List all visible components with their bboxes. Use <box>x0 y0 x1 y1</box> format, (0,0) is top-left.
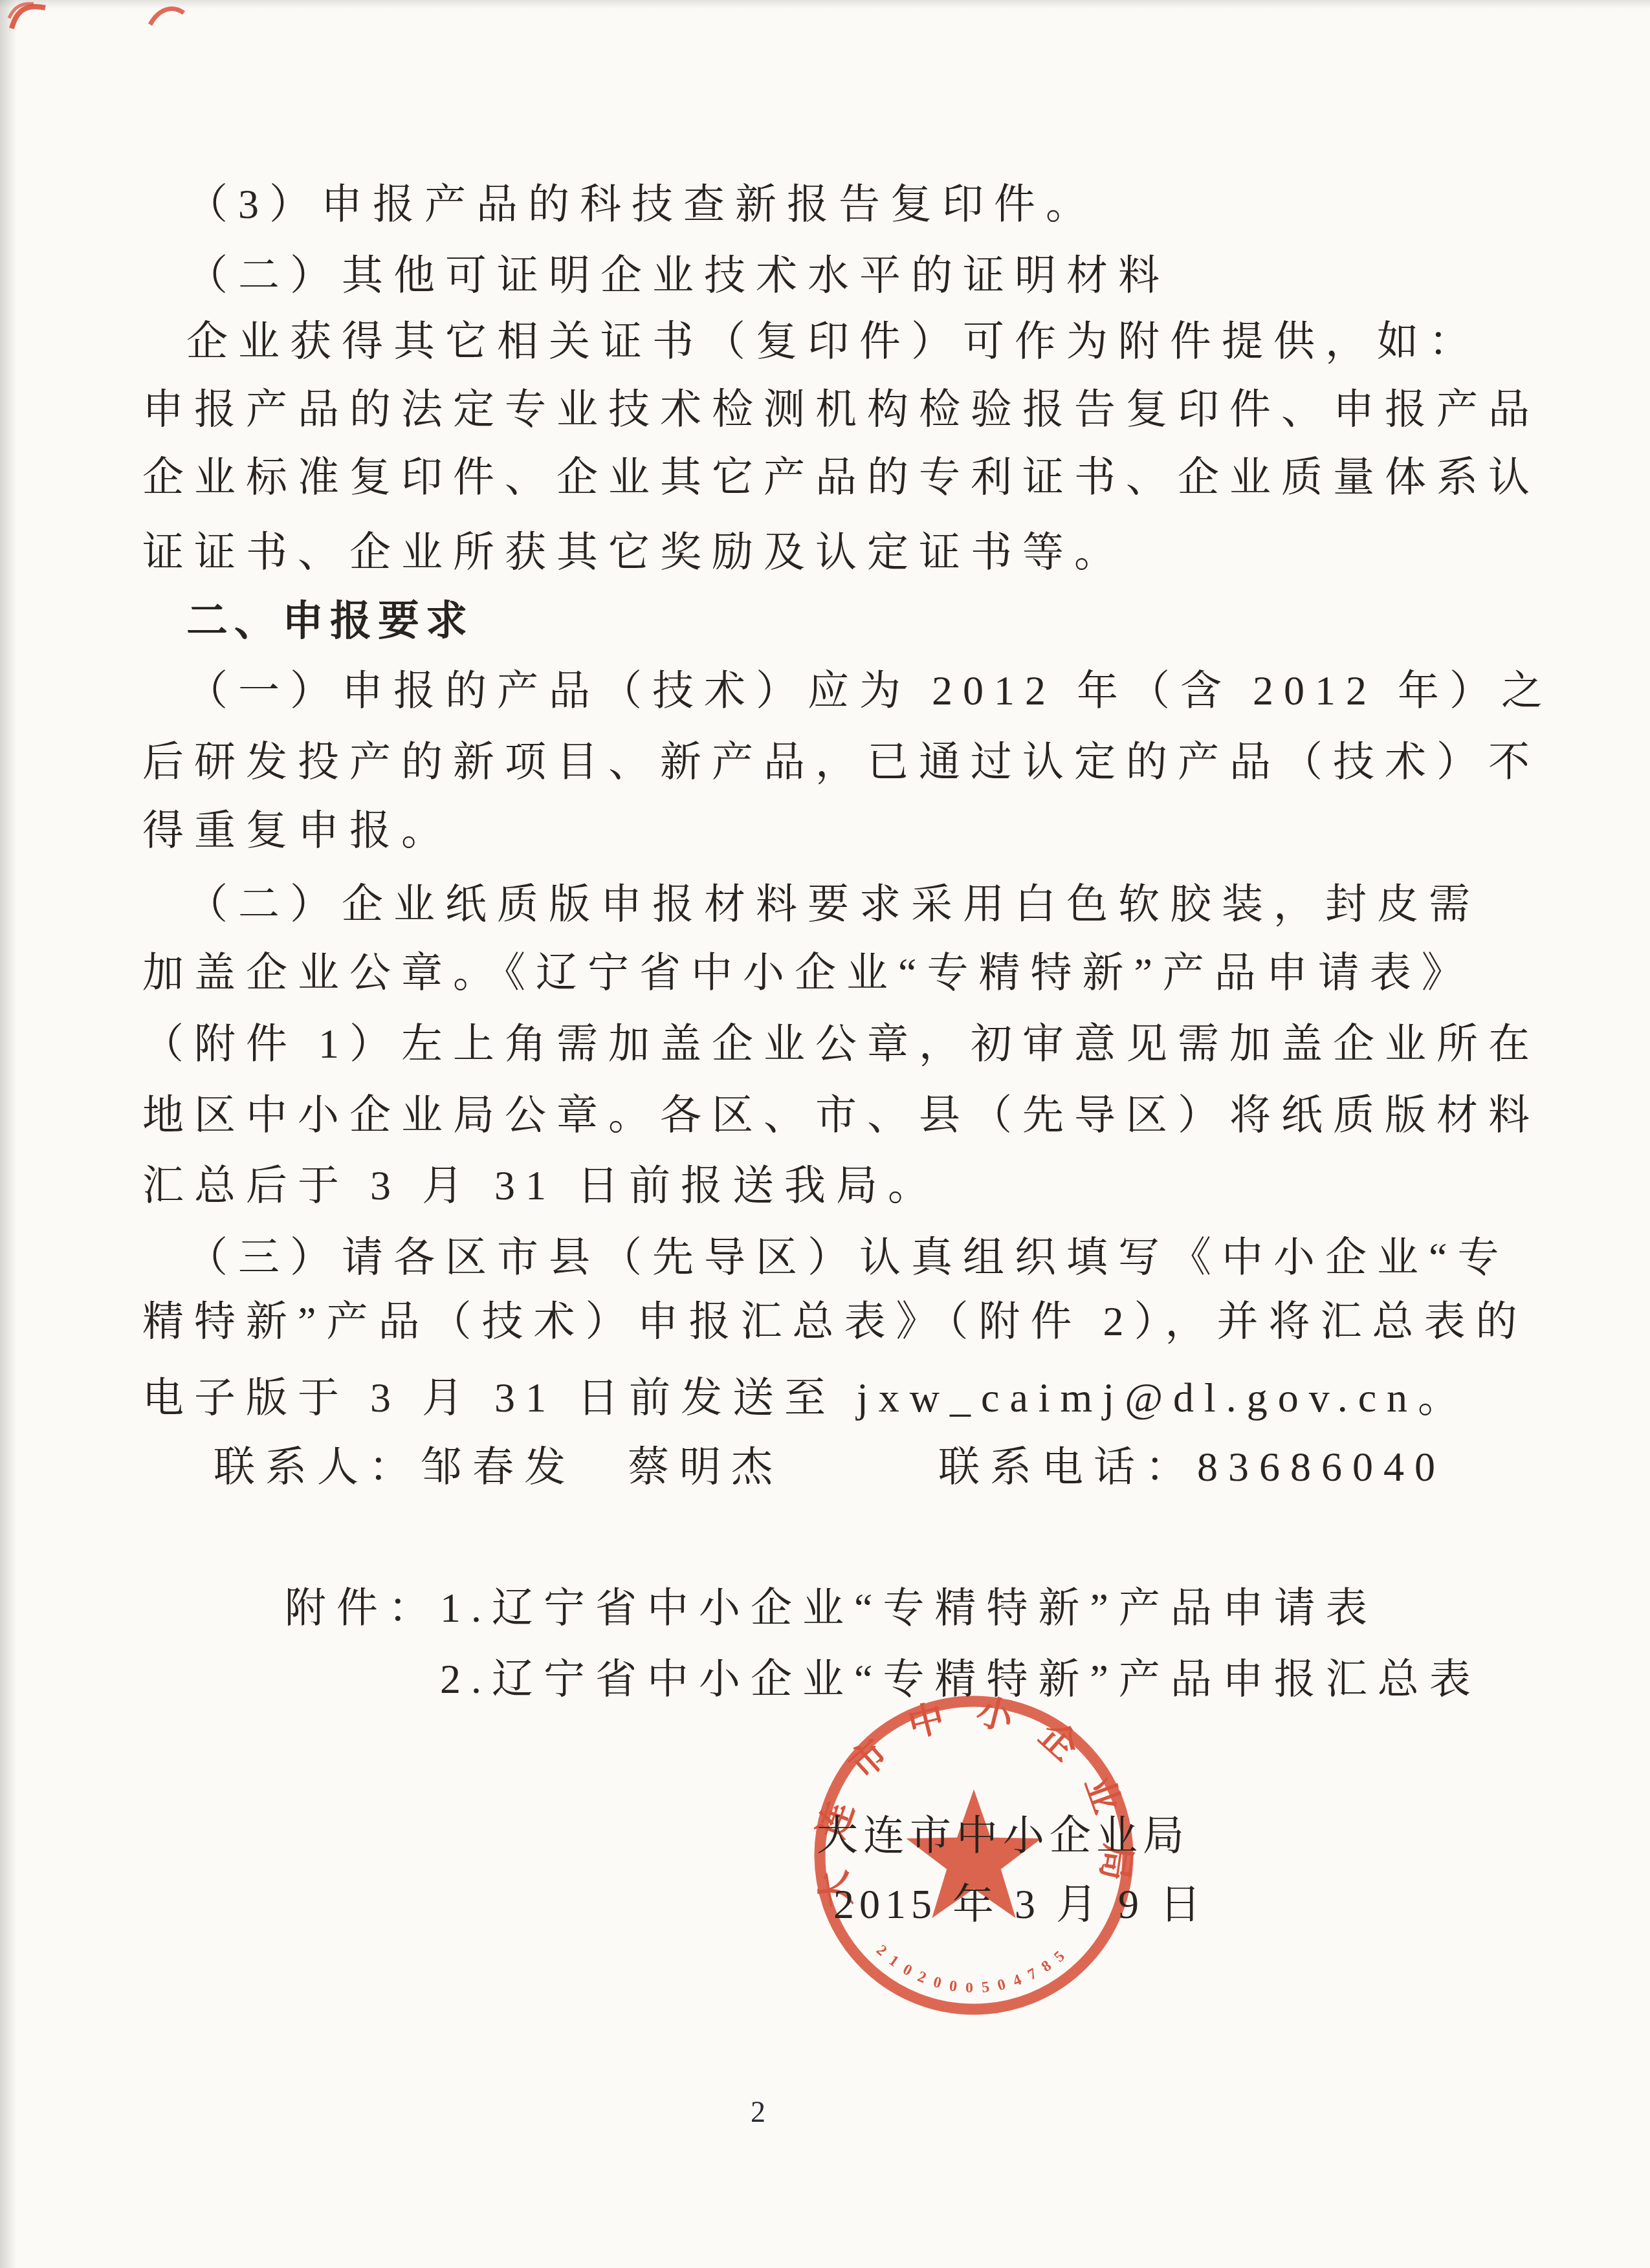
body-line: （二）其他可证明企业技术水平的证明材料 <box>186 255 1170 296</box>
body-line: 精特新”产品（技术）申报汇总表》（附件 2），并将汇总表的 <box>142 1301 1527 1342</box>
body-line: 加盖企业公章。《辽宁省中小企业“专精特新”产品申请表》 <box>142 952 1473 994</box>
body-line: 电子版于 3 月 31 日前发送至 jxw_caimj@dl.gov.cn。 <box>142 1377 1469 1419</box>
page-number: 2 <box>751 2095 765 2129</box>
body-line: 后研发投产的新项目、新产品，已通过认定的产品（技术）不 <box>142 741 1540 783</box>
body-line: 申报产品的法定专业技术检测机构检验报告复印件、申报产品 <box>142 389 1540 430</box>
body-line: （附件 1）左上角需加盖企业公章，初审意见需加盖企业所在 <box>142 1023 1540 1065</box>
attachment-line-1: 附件：1.辽宁省中小企业“专精特新”产品申请表 <box>285 1587 1378 1629</box>
body-line: （三）请各区市县（先导区）认真组织填写《中小企业“专 <box>186 1237 1509 1278</box>
signature-date: 2015 年 3 月 9 日 <box>833 1871 1206 1930</box>
signature-issuer: 大连市中小企业局 <box>817 1802 1189 1862</box>
body-line: 汇总后于 3 月 31 日前报送我局。 <box>142 1165 940 1206</box>
body-line: 得重复申报。 <box>142 810 453 851</box>
section-heading: 二、申报要求 <box>186 600 474 641</box>
body-line: 证证书、企业所获其它奖励及认定证书等。 <box>142 532 1126 573</box>
scan-artifact <box>148 3 188 31</box>
scan-artifact <box>8 0 53 34</box>
body-line: 地区中小企业局公章。各区、市、县（先导区）将纸质版材料 <box>142 1095 1540 1136</box>
scanned-document-page: （3）申报产品的科技查新报告复印件。 （二）其他可证明企业技术水平的证明材料 企… <box>0 0 1650 2268</box>
contact-line: 联系人：邹春发 蔡明杰 联系电话：83686040 <box>214 1446 1446 1488</box>
body-line: 企业获得其它相关证书（复印件）可作为附件提供，如： <box>186 321 1480 362</box>
body-line: （3）申报产品的科技查新报告复印件。 <box>186 184 1097 225</box>
body-line: （二）企业纸质版申报材料要求采用白色软胶装，封皮需 <box>186 884 1480 925</box>
body-line: 企业标准复印件、企业其它产品的专利证书、企业质量体系认 <box>142 457 1540 498</box>
body-line: （一）申报的产品（技术）应为 2012 年（含 2012 年）之 <box>186 670 1553 712</box>
